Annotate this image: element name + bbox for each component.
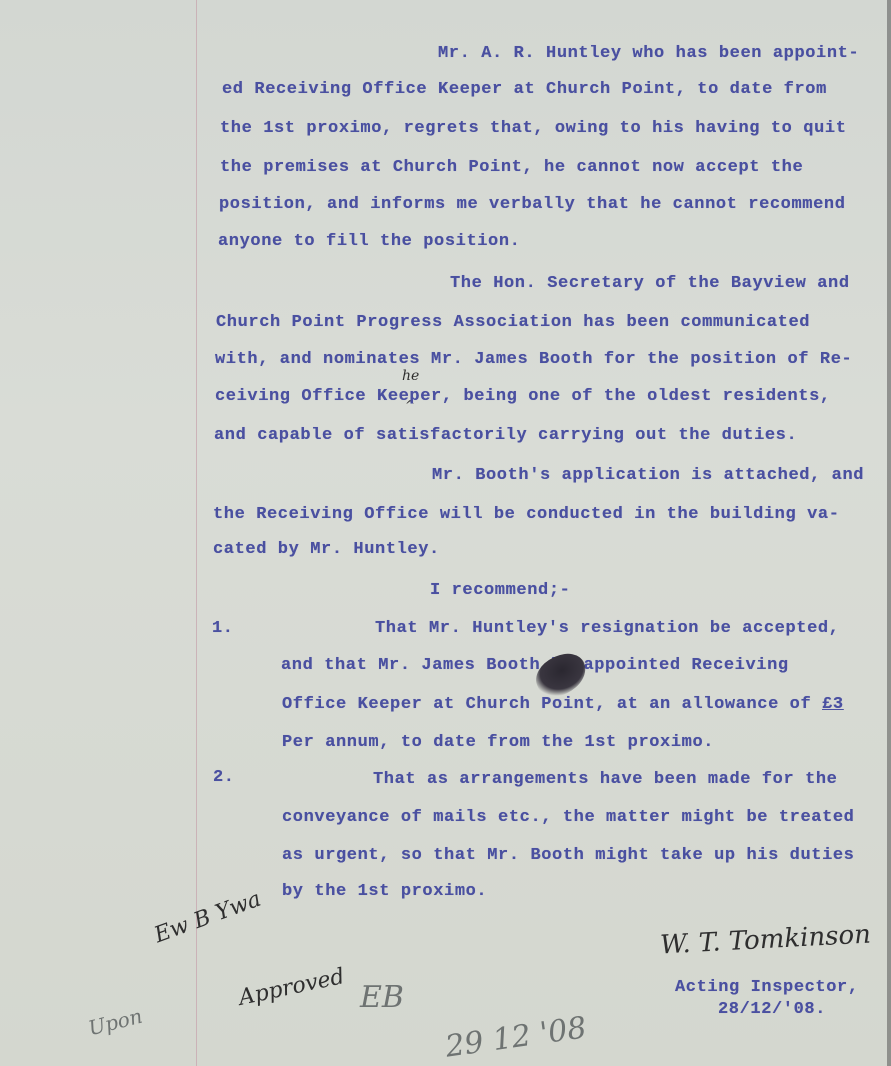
approved-date: 29 12 '08 bbox=[443, 1010, 588, 1064]
para1-line1: Mr. A. R. Huntley who has been appoint- bbox=[438, 44, 859, 63]
rec2-line1: That as arrangements have been made for … bbox=[373, 770, 837, 789]
para3-line2: the Receiving Office will be conducted i… bbox=[213, 505, 840, 524]
handwritten-insertion: he bbox=[402, 368, 419, 384]
rec2-line2: conveyance of mails etc., the matter mig… bbox=[282, 808, 855, 827]
margin-rule bbox=[196, 0, 197, 1066]
para1-line6: anyone to fill the position. bbox=[218, 232, 520, 251]
rec1-line1: That Mr. Huntley's resignation be accept… bbox=[375, 619, 839, 638]
rec1-number: 1. bbox=[212, 619, 234, 638]
para2-line4: ceiving Office Keeper, being one of the … bbox=[215, 387, 831, 406]
recommend-heading: I recommend;- bbox=[430, 581, 570, 600]
para1-line5: position, and informs me verbally that h… bbox=[219, 195, 846, 214]
page-edge bbox=[887, 0, 891, 1066]
para2-line5: and capable of satisfactorily carrying o… bbox=[214, 426, 797, 445]
rec2-line3: as urgent, so that Mr. Booth might take … bbox=[282, 846, 855, 865]
para2-line3: with, and nominates Mr. James Booth for … bbox=[215, 350, 852, 369]
rec1-line3: Office Keeper at Church Point, at an all… bbox=[282, 695, 844, 714]
para1-line2: ed Receiving Office Keeper at Church Poi… bbox=[222, 80, 827, 99]
approved-initials: EB bbox=[360, 980, 404, 1015]
rec1-line4: Per annum, to date from the 1st proximo. bbox=[282, 733, 714, 752]
para3-line3: cated by Mr. Huntley. bbox=[213, 540, 440, 559]
rec2-line4: by the 1st proximo. bbox=[282, 882, 487, 901]
para2-line2: Church Point Progress Association has be… bbox=[216, 313, 810, 332]
allowance-amount: £3 bbox=[822, 695, 844, 714]
signer-title: Acting Inspector, bbox=[675, 978, 859, 997]
para1-line4: the premises at Church Point, he cannot … bbox=[220, 158, 803, 177]
signature: W. T. Tomkinson bbox=[659, 920, 871, 961]
approved-annotation: Approved bbox=[237, 964, 347, 1011]
rec1-line2: and that Mr. James Booth be appointed Re… bbox=[281, 656, 789, 675]
initials-annotation: Ew B Ywa bbox=[151, 887, 264, 949]
margin-note: Upon bbox=[86, 1004, 145, 1040]
para2-line1: The Hon. Secretary of the Bayview and bbox=[450, 274, 850, 293]
para1-line3: the 1st proximo, regrets that, owing to … bbox=[220, 119, 847, 138]
rec2-number: 2. bbox=[213, 768, 235, 787]
rec1-line3-text: Office Keeper at Church Point, at an all… bbox=[282, 695, 822, 714]
signature-date: 28/12/'08. bbox=[718, 1000, 826, 1019]
para3-line1: Mr. Booth's application is attached, and bbox=[432, 466, 864, 485]
document-page: Mr. A. R. Huntley who has been appoint- … bbox=[0, 0, 891, 1066]
